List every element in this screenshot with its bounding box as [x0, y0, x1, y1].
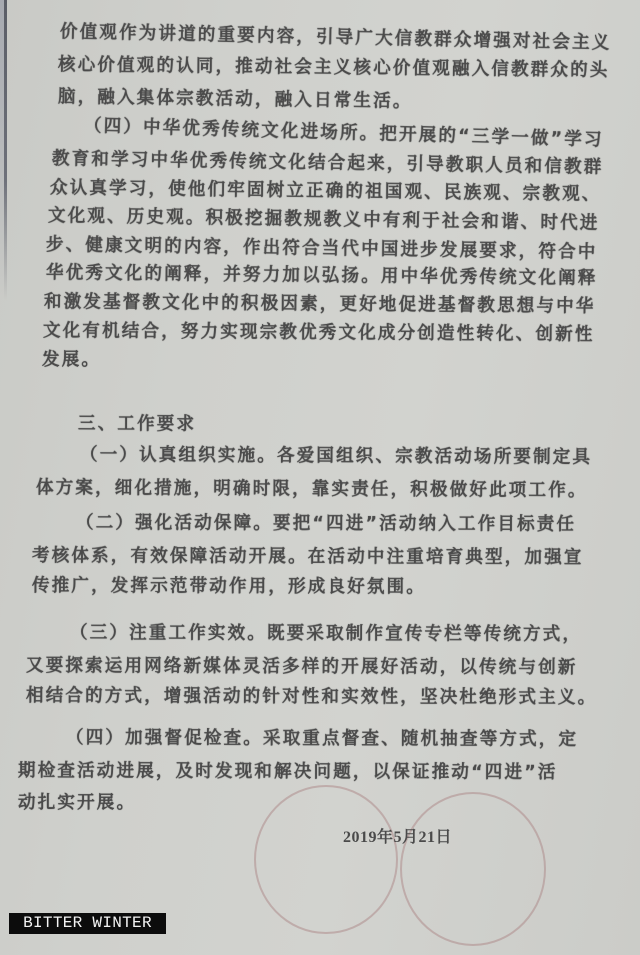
document-text-line: 动扎实开展。 [18, 789, 136, 814]
bitter-winter-watermark: BITTER WINTER [9, 913, 166, 934]
document-text-line: 又要探索运用网络新媒体灵活多样的开展好活动，以传统与创新 [26, 652, 578, 679]
document-text-line: 文化观、历史观。积极挖掘教规教义中有利于社会和谐、时代进 [48, 202, 600, 235]
document-text-line: 和激发基督教文化中的积极因素，更好地促进基督教思想与中华 [44, 288, 596, 318]
document-text-line: （四）加强督促检查。采取重点督查、随机抽查等方式，定 [66, 724, 578, 751]
document-text-line: 脑，融入集体宗教活动，融入日常生活。 [58, 83, 413, 113]
document-text-line: 期检查活动进展，及时发现和解决问题，以保证推动“四进”活 [18, 757, 558, 784]
document-text-line: 体方案，细化措施，明确时限，靠实责任，积极做好此项工作。 [36, 474, 588, 502]
document-text-line: 传推广，发挥示范带动作用，形成良好氛围。 [32, 572, 426, 598]
document-text-line: （四）中华优秀传统文化进场所。把开展的“三学一做”学习 [84, 112, 604, 152]
document-text-line: （三）注重工作实效。既要采取制作宣传专栏等传统方式， [70, 619, 582, 646]
document-date: 2019年5月21日 [343, 824, 452, 847]
document-text-line: 步、健康文明的内容，作出符合当代中国进步发展要求，符合中 [46, 231, 598, 264]
document-text-line: 发展。 [42, 346, 101, 371]
document-text-line: （一）认真组织实施。各爱国组织、宗教活动场所要制定具 [80, 441, 592, 469]
document-text-line: 价值观作为讲道的重要内容，引导广大信教群众增强对社会主义 [60, 18, 612, 55]
document-text-line: 考核体系，有效保障活动开展。在活动中注重培育典型，加强宣 [32, 542, 584, 569]
official-seal-right [400, 792, 546, 946]
document-text-line: 文化有机结合，努力实现宗教优秀文化成分创造性转化、创新性 [43, 317, 595, 346]
document-text-line: （二）强化活动保障。要把“四进”活动纳入工作目标责任 [76, 509, 576, 536]
document-text-line: 教育和学习中华优秀传统文化结合起来，引导教职人员和信教群 [52, 145, 604, 179]
document-text-line: 三、工作要求 [78, 410, 196, 436]
document-text-line: 华优秀文化的阐释，并努力加以弘扬。用中华优秀传统文化阐释 [46, 259, 598, 290]
official-seal-left [254, 785, 398, 934]
document-text-line: 众认真学习，使他们牢固树立正确的祖国观、民族观、宗教观、 [50, 174, 602, 206]
document-text-line: 相结合的方式，增强活动的针对性和实效性，坚决杜绝形式主义。 [26, 682, 597, 709]
document-text-line: 核心价值观的认同，推动社会主义核心价值观融入信教群众的头 [58, 51, 610, 82]
